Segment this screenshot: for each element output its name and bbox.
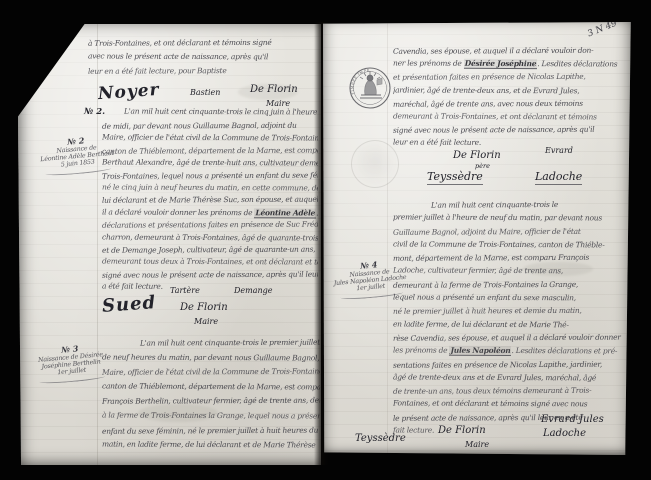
handwritten-line: jardinier, âgé de trente-deux ans, et de…	[393, 83, 625, 97]
act3-body-text: L'an mil huit cent cinquante-trois le pr…	[102, 336, 320, 453]
handwritten-line: L'an mil huit cent cinquante-trois le ci…	[124, 107, 317, 117]
act4-body-text: L'an mil huit cent cinquante-trois lepre…	[393, 198, 625, 437]
signature-ladoche: Ladoche	[535, 170, 582, 185]
signature-tartere: Tartère	[170, 286, 200, 295]
handwritten-line: déclarations et présentations faites en …	[102, 219, 318, 233]
signature-noyer: Noyer	[97, 80, 160, 104]
handwritten-line: Maire, officier de l'état civil de la Co…	[102, 365, 320, 381]
handwritten-line: charron, demeurant à Trois-Fontaines, âg…	[102, 231, 318, 244]
register-scan: à Trois-Fontaines, et ont déclarant et t…	[0, 0, 651, 480]
handwritten-line: né le premier juillet à huit heures et d…	[393, 304, 625, 319]
handwritten-line: sentations faites en présence de Nicolas…	[393, 357, 625, 372]
margin-note-act4: № 4 Naissance de Jules Napoléon Ladoche …	[324, 256, 417, 302]
handwritten-line: il a déclaré vouloir donner les prénoms …	[102, 206, 318, 219]
handwritten-line: Ladoche, cultivateur fermier, âgé de tre…	[393, 264, 625, 278]
act3-signature-row: De Florin père Evrard Teyssèdre Ladoche	[323, 148, 632, 194]
handwritten-line: et présentation faites en présence de Ni…	[393, 70, 625, 84]
handwritten-line: lequel nous a présenté un enfant du sexe…	[393, 291, 625, 305]
folio-number: 3 N 49	[586, 22, 618, 39]
signature-maire-title: Maire	[465, 440, 489, 449]
handwritten-line: civil de la Commune de Trois-Fontaines, …	[393, 237, 625, 251]
signature-demange: Demange	[234, 286, 273, 295]
act1-closing-text: à Trois-Fontaines, et ont déclarant et t…	[88, 36, 314, 78]
handwritten-line: à la ferme de Trois-Fontaines la Grange,…	[102, 408, 320, 424]
handwritten-line: L'an mil huit cent cinquante-trois le pr…	[102, 336, 320, 352]
signature-de-florin: De Florin	[180, 302, 228, 313]
left-page: à Trois-Fontaines, et ont déclarant et t…	[18, 24, 321, 465]
handwritten-line: François Berthelin, cultivateur fermier,…	[102, 394, 320, 410]
handwritten-line: Berthaut Alexandre, âgé de trente-huit a…	[102, 157, 318, 170]
handwritten-line: les prénoms de Jules Napoléon. Lesdites …	[393, 344, 625, 358]
handwritten-line: Maire, officier de l'état civil de la Co…	[102, 132, 318, 145]
act3-continued-text: Cavendia, ses épouse, et auquel il a déc…	[393, 44, 625, 150]
signature-pere-title: père	[475, 162, 490, 170]
handwritten-line: canton de Thiéblemont, département de la…	[102, 379, 320, 395]
signature-sued: Sued	[101, 292, 156, 317]
signature-evrard-jules: Evrard Jules	[541, 414, 604, 425]
signature-de-florin: De Florin	[453, 150, 501, 161]
signature-teyssedre: Teyssèdre	[427, 170, 483, 185]
handwritten-line: demeurant tous deux à Trois-Fontaines, e…	[102, 256, 318, 269]
handwritten-line: premier juillet à l'heure de neuf du mat…	[393, 211, 625, 225]
handwritten-line: en ladite ferme, de lui déclarant et de …	[393, 317, 625, 331]
act4-signature-row: Evrard Jules Ladoche Teyssèdre De Florin…	[323, 412, 632, 454]
signature-de-florin: De Florin	[250, 84, 298, 95]
act2-signature-row: Tartère Demange Sued De Florin Maire	[18, 286, 321, 336]
handwritten-line: enfant du sexe féminin, né le premier ju…	[102, 423, 320, 439]
signature-ladoche: Ladoche	[543, 428, 586, 439]
handwritten-line: Fontaines, et ont déclarant et témoins s…	[393, 397, 625, 411]
imperial-stamp-seal-icon: TIMBRE IMPERIAL	[348, 66, 392, 110]
signature-bastien: Bastien	[190, 88, 220, 97]
handwritten-line: à Trois-Fontaines, et ont déclarant et t…	[88, 36, 314, 51]
handwritten-line: lui déclarant et de Marie Thérèse Suc, s…	[102, 194, 318, 208]
handwritten-line: de neuf heures du matin, par devant nous…	[102, 350, 320, 366]
right-page: 3 N 49 TIMBRE IMPERIAL Cavendia, ses épo…	[323, 22, 632, 455]
act2-opening-line: № 2. L'an mil huit cent cinquante-trois …	[84, 107, 320, 117]
signature-de-florin: De Florin	[438, 425, 486, 436]
handwritten-line: ner les prénoms de Désirée Joséphine. Le…	[393, 57, 625, 71]
signature-maire-title: Maire	[194, 317, 218, 326]
act2-body-text: de midi, par devant nous Guillaume Bagno…	[102, 120, 318, 294]
handwritten-line: âgé de trente-deux ans et de Evrard Jule…	[393, 370, 625, 384]
handwritten-line: avec nous le présent acte de naissance, …	[88, 50, 314, 65]
handwritten-line: demeurant à Trois-Fontaines, et ont décl…	[393, 110, 625, 124]
handwritten-line: matin, en ladite ferme, de lui déclarant…	[102, 438, 320, 454]
signature-teyssedre: Teyssèdre	[355, 433, 406, 444]
signature-evrard: Evrard	[545, 146, 573, 155]
act2-number-label: № 2.	[84, 107, 124, 117]
handwritten-line: leur en a été fait lecture, pour Baptist…	[88, 64, 314, 79]
handwritten-line: Guillaume Bagnol, adjoint du Maire, offi…	[393, 224, 625, 239]
